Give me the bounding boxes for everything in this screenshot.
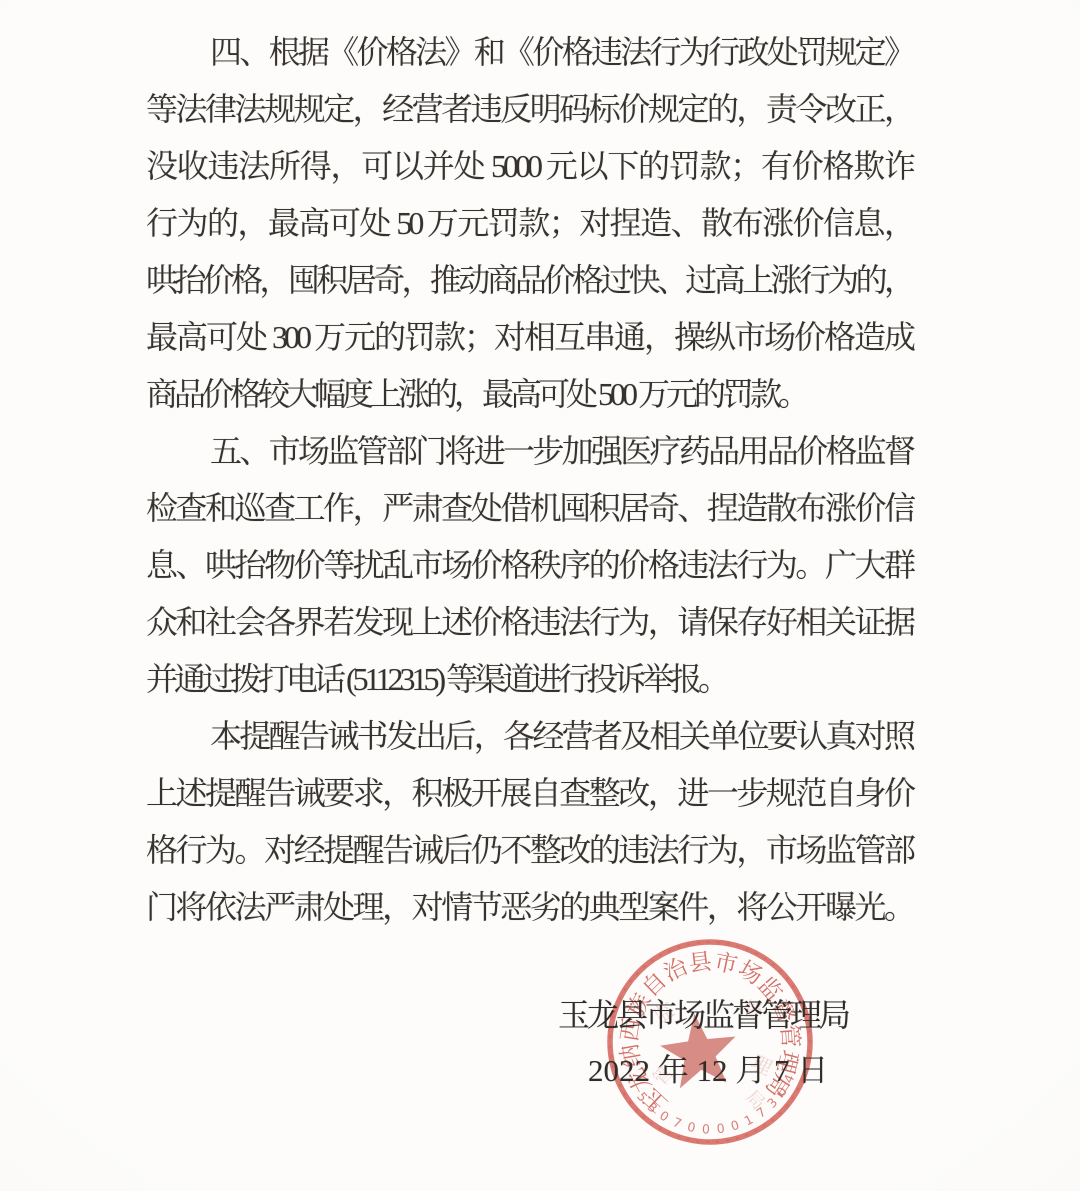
- document-line: 并通过拨打电话 (5112315) 等渠道进行投诉举报。: [146, 651, 912, 708]
- seal-code-digit: 1: [742, 1111, 756, 1128]
- document-line: 门将依法严肃处理，对情节恶劣的典型案件，将公开曝光。: [146, 879, 912, 936]
- seal-code-digit: 7: [671, 1114, 684, 1131]
- signature-date: 2022 年 12 月 7 日: [588, 1050, 828, 1092]
- document-line: 五、市场监管部门将进一步加强医疗药品用品价格监督: [146, 423, 912, 480]
- document-line: 没收违法所得，可以并处 5000 元以下的罚款；有价格欺诈: [146, 138, 912, 195]
- seal-group: 玉龙纳西族自治县市场监督管理局5307000017304监督管理局: [599, 931, 822, 1154]
- document-line: 行为的，最高可处 50 万元罚款；对捏造、散布涨价信息，: [146, 195, 912, 252]
- document-line: 等法律法规规定，经营者违反明码标价规定的，责令改正，: [146, 81, 912, 138]
- document-line: 最高可处 300 万元的罚款；对相互串通，操纵市场价格造成: [146, 309, 912, 366]
- seal-code-digit: 0: [716, 1120, 726, 1136]
- document-line: 哄抬价格，囤积居奇，推动商品价格过快、过高上涨行为的，: [146, 252, 912, 309]
- signature-org: 玉龙县市场监督管理局: [558, 994, 848, 1036]
- document-line: 上述提醒告诫要求，积极开展自查整改，进一步规范自身价: [146, 765, 912, 822]
- seal-code-digit: 0: [729, 1117, 741, 1134]
- document-line: 息、哄抬物价等扰乱市场价格秩序的价格违法行为。广大群: [146, 537, 912, 594]
- document-line: 本提醒告诫书发出后，各经营者及相关单位要认真对照: [146, 708, 912, 765]
- seal-code-digit: 0: [686, 1119, 697, 1135]
- document-page: 四、根据《价格法》和《价格违法行为行政处罚规定》等法律法规规定，经营者违反明码标…: [0, 0, 1080, 1191]
- document-body: 四、根据《价格法》和《价格违法行为行政处罚规定》等法律法规规定，经营者违反明码标…: [146, 24, 912, 936]
- official-seal: 玉龙纳西族自治县市场监督管理局5307000017304监督管理局: [598, 930, 822, 1154]
- document-line: 商品价格较大幅度上涨的，最高可处 500 万元的罚款。: [146, 366, 912, 423]
- seal-ring-char: 县: [687, 949, 713, 977]
- document-line: 检查和巡查工作，严肃查处借机囤积居奇、捏造散布涨价信: [146, 480, 912, 537]
- document-line: 格行为。对经提醒告诫后仍不整改的违法行为，市场监管部: [146, 822, 912, 879]
- document-line: 四、根据《价格法》和《价格违法行为行政处罚规定》: [146, 24, 912, 81]
- seal-code-digit: 0: [702, 1121, 711, 1136]
- document-line: 众和社会各界若发现上述价格违法行为，请保存好相关证据: [146, 594, 912, 651]
